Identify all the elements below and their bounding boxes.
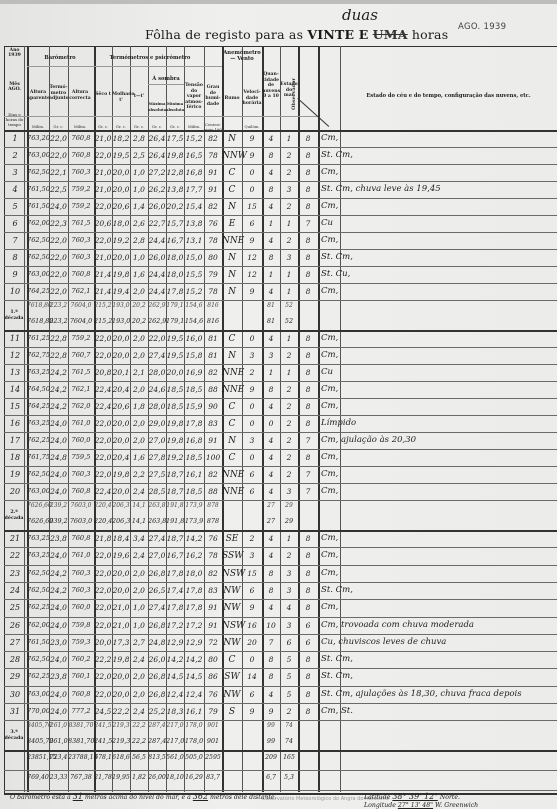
cell-corr: 760,8 [68,151,94,159]
cell-alt: 764,25 [27,402,49,410]
longitude-label: Longitude [364,802,396,809]
date-stamp: AGO. 1939 [458,22,506,32]
decade-hum: 901 [204,722,222,729]
total-mar: 5,3 [280,774,298,781]
cell-max: 24,4 [148,270,166,279]
cell-molh: 18,2 [112,134,130,143]
total-seco: 678,1 [94,754,112,761]
total-corr: 23788,10 [68,754,94,761]
cell-tens: 15,5 [184,270,204,279]
total-max: 26,00 [148,774,166,781]
cell-seco: 21,4 [94,270,112,279]
cell-hum: 80 [204,655,222,664]
cell-alt: 770,00 [27,707,49,715]
cell-tens: 14,2 [184,655,204,664]
decade-mar: 52 [280,302,298,309]
cell-molh: 20,0 [112,672,130,681]
decade-tadj: 261,0 [49,737,68,745]
title-prefix: Fôlha de registo para as [145,27,303,42]
cell-alt: 763,25 [27,368,49,376]
cell-molh: 19,4 [112,287,130,296]
decade-min: 179,1 [166,317,184,325]
cell-alt: 761,25 [27,334,49,342]
cell-tadj: 24,2 [49,368,68,377]
cell-tadj: 24,2 [49,385,68,394]
cell-dif: 2,0 [130,351,148,360]
page-edge [0,0,557,4]
cell-corr: 761,5 [68,219,94,227]
day-number: 14 [4,385,26,394]
decade-max: 287,4 [148,737,166,745]
cell-molh: 19,5 [112,151,130,160]
remark-text: St. Cm, [321,252,353,262]
cell-max: 29,0 [148,419,166,428]
total-tens: 16,29 [184,774,204,781]
cell-mar: 3 [280,621,298,630]
cell-min: 18,3 [166,707,184,716]
cell-obs: 8 [298,151,318,160]
cell-hum: 76 [204,690,222,699]
cell-corr: 760,3 [68,586,94,594]
cell-max: 26,8 [148,569,166,578]
cell-tens: 17,7 [184,185,204,194]
cell-molh: 20,1 [112,368,130,377]
cell-dif: 2,4 [130,707,148,716]
footer-text: O barómetro está a [10,794,71,801]
cell-seco: 22,0 [94,351,112,360]
cell-alt: 762,00 [27,621,49,629]
cell-max: 28,5 [148,487,166,496]
cell-hum: 78 [204,151,222,160]
margin-days: Dias e horas do tempo [5,112,24,127]
cell-rumo: C [222,419,242,429]
cell-seco: 21,0 [94,185,112,194]
cell-hum: 76 [204,219,222,228]
cell-vel: 12 [242,253,262,262]
cell-vel: 0 [242,453,262,462]
cell-obs: 8 [298,419,318,428]
cell-tadj: 24,0 [49,202,68,211]
cell-obs: 7 [298,219,318,228]
cell-alt: 762,25 [27,436,49,444]
col-humidade: Grau de humi-dade [204,85,222,107]
cell-tadj: 22,8 [49,351,68,360]
title-struck: UMA [373,27,408,42]
row-divider [4,634,557,635]
cell-seco: 21,8 [94,534,112,543]
row-divider [4,249,557,250]
cell-alt: 763,00 [27,151,49,159]
day-number: 10 [4,287,26,296]
day-number: 26 [4,621,26,630]
decade-nuv: 99 [262,737,280,745]
cell-rumo: N [222,436,242,446]
cell-obs: 8 [298,672,318,681]
cell-max: 27,4 [148,603,166,612]
title-suffix: horas [412,27,448,42]
decade-nuv: 81 [262,317,280,325]
cell-max: 24,4 [148,287,166,296]
margin-year: Ano 1939 [5,48,24,58]
cell-rumo: N [222,351,242,361]
cell-seco: 22,0 [94,551,112,560]
cell-tens: 17,8 [184,586,204,595]
cell-dif: 1,8 [130,402,148,411]
cell-tens: 16,1 [184,470,204,479]
cell-vel: 9 [242,287,262,296]
row-divider [4,364,557,365]
cell-mar: 2 [280,551,298,560]
remark-text: Cm, St. [321,706,353,716]
cell-tens: 12,9 [184,638,204,647]
cell-dif: 1,0 [130,253,148,262]
cell-molh: 19,8 [112,270,130,279]
cell-corr: 760,3 [68,470,94,478]
cell-mar: 3 [280,569,298,578]
decade-alt: 7618,80 [27,317,49,325]
cell-tadj: 22,5 [49,185,68,194]
row-divider [4,266,557,267]
decade-dif: 22,2 [130,737,148,745]
cell-min: 17,8 [166,287,184,296]
cell-molh: 20,0 [112,690,130,699]
unit-gc: Gr. c. [112,124,130,129]
day-number: 15 [4,402,26,411]
decade-max: 287,4 [148,722,166,729]
total-tadj: 723,4 [49,754,68,761]
cell-min: 19,8 [166,151,184,160]
cell-obs: 8 [298,253,318,262]
remark-text: Cm, ajulação às 20,30 [321,435,416,445]
cell-mar: 1 [280,368,298,377]
cell-nuv: 1 [262,270,280,279]
day-number: 21 [4,534,26,543]
col-maxima: Máxima absoluta [148,101,166,112]
cell-seco: 20,0 [94,638,112,647]
page-title: Fôlha de registo para as VINTE E UMA hor… [145,27,448,42]
cell-corr: 760,8 [68,534,94,542]
cell-nuv: 4 [262,487,280,496]
cell-vel: 9 [242,236,262,245]
decade-max: 263,8 [148,517,166,525]
cell-min: 16,7 [166,551,184,560]
cell-hum: 78 [204,287,222,296]
remark-text: Cm, [321,533,338,543]
cell-molh: 21,0 [112,603,130,612]
row-divider [4,347,557,348]
cell-molh: 19,2 [112,236,130,245]
decade-tadj: 239,2 [49,517,68,525]
cell-nuv: 4 [262,470,280,479]
cell-hum: 90 [204,402,222,411]
unit-gc: Gr. c. [94,124,112,129]
cell-corr: 760,3 [68,236,94,244]
total-max: 813,5 [148,754,166,761]
col-velocidade: Veloci-dade horária [242,90,262,107]
cell-vel: 2 [242,368,262,377]
cell-vel: 14 [242,672,262,681]
cell-max: 24,8 [148,638,166,647]
cell-hum: 79 [204,707,222,716]
cell-tadj: 22,3 [49,219,68,228]
cell-alt: 763,25 [27,534,49,542]
cell-nuv: 8 [262,185,280,194]
total-molh: 618,6 [112,754,130,761]
cell-molh: 20,6 [112,402,130,411]
day-number: 5 [4,202,26,211]
cell-mar: 2 [280,419,298,428]
cell-seco: 21,4 [94,287,112,296]
remark-text: Cm, trovoada com chuva moderada [321,620,474,630]
day-number: 17 [4,436,26,445]
cell-seco: 24,5 [94,707,112,716]
decade-nuv: 27 [262,502,280,509]
cell-alt: 761,75 [27,453,49,461]
cell-hum: 82 [204,569,222,578]
total-corr: 767,38 [68,774,94,781]
cell-obs: 8 [298,185,318,194]
barometro-group: Barómetro [27,55,93,61]
cell-alt: 762,50 [27,569,49,577]
cell-mar: 2 [280,453,298,462]
decade-seco: 220,4 [94,502,112,509]
row-divider [4,116,318,117]
cell-obs: 8 [298,270,318,279]
cell-molh: 17,3 [112,638,130,647]
cell-obs: 8 [298,586,318,595]
cell-nuv: 4 [262,202,280,211]
cell-hum: 72 [204,638,222,647]
cell-obs: 7 [298,436,318,445]
cell-tadj: 24,0 [49,603,68,612]
cell-seco: 22,0 [94,151,112,160]
cell-obs: 7 [298,470,318,479]
cell-rumo: NW [222,603,242,613]
latitude-dir: Norte. [440,794,460,801]
cell-tadj: 23,8 [49,534,68,543]
cell-seco: 21,0 [94,253,112,262]
unit-gc: Gr. c. [49,124,68,129]
day-number: 31 [4,707,26,716]
remark-text: St. Cm, [321,150,353,160]
cell-mar: 5 [280,672,298,681]
total-nuv: 209 [262,754,280,761]
remark-text: St. Cm, ajulações às 18,30, chuva fraca … [321,689,522,699]
decade-label: 3.ª década [4,729,24,741]
cell-max: 22,0 [148,334,166,343]
cell-corr: 760,0 [68,436,94,444]
cell-min: 17,2 [166,621,184,630]
cell-rumo: NW [222,586,242,596]
decade-max: 263,8 [148,502,166,509]
cell-hum: 82 [204,202,222,211]
cell-obs: 8 [298,134,318,143]
cell-mar: 1 [280,134,298,143]
decade-molh: 193,0 [112,317,130,325]
decade-dif: 22,2 [130,722,148,729]
day-number: 7 [4,236,26,245]
row-divider [4,565,557,566]
cell-mar: 1 [280,534,298,543]
cell-tadj: 24,0 [49,487,68,496]
cell-vel: 0 [242,402,262,411]
decade-mar: 29 [280,502,298,509]
cell-dif: 1,4 [130,202,148,211]
cell-tadj: 24,0 [49,655,68,664]
cell-hum: 91 [204,621,222,630]
cell-seco: 22,0 [94,202,112,211]
cell-corr: 760,8 [68,487,94,495]
day-number: 20 [4,487,26,496]
unit-gc: Gr. c. [148,124,166,129]
cell-mar: 1 [280,270,298,279]
decade-hum: 816 [204,302,222,309]
cell-tadj: 22,0 [49,151,68,160]
cell-obs: 8 [298,236,318,245]
title-bold: VINTE E [307,27,368,42]
cell-min: 18,7 [166,487,184,496]
col-remarks: Estado do céu e do tempo, configuração d… [340,93,557,99]
remark-text: Cm, [321,452,338,462]
cell-hum: 91 [204,436,222,445]
decade-corr: 7603,0 [68,502,94,509]
cell-dif: 1,6 [130,453,148,462]
cell-rumo: NNW [222,151,242,161]
cell-rumo: NSW [222,621,242,631]
cell-seco: 22,0 [94,603,112,612]
col-minima: Mínima absoluta [166,101,184,112]
cell-rumo: N [222,202,242,212]
cell-hum: 91 [204,168,222,177]
cell-tens: 16,5 [184,151,204,160]
termometros-group: Termómetros e psicrómetro [94,55,206,61]
footer-barometer-note: O barómetro está a 31 metros acima do ní… [10,792,277,801]
cell-seco: 22,0 [94,436,112,445]
cell-hum: 81 [204,351,222,360]
cell-tens: 18,5 [184,385,204,394]
cell-nuv: 4 [262,287,280,296]
row-divider [4,164,557,165]
cell-corr: 760,8 [68,690,94,698]
row-divider [4,330,557,332]
cell-nuv: 4 [262,453,280,462]
decade-seco: 220,4 [94,517,112,525]
remark-text: Cm, [321,133,338,143]
cell-mar: 2 [280,470,298,479]
cell-nuv: 8 [262,569,280,578]
cell-seco: 22,0 [94,621,112,630]
cell-hum: 78 [204,236,222,245]
cell-vel: 3 [242,436,262,445]
cell-max: 26,8 [148,672,166,681]
row-divider [4,381,557,382]
cell-mar: 3 [280,185,298,194]
decade-molh: 219,3 [112,722,130,729]
cell-tadj: 24,2 [49,569,68,578]
cell-seco: 22,2 [94,655,112,664]
cell-dif: 2,0 [130,334,148,343]
row-divider [27,66,222,67]
cell-mar: 1 [280,287,298,296]
cell-min: 18,7 [166,534,184,543]
cell-hum: 80 [204,253,222,262]
cell-min: 15,7 [166,219,184,228]
cell-min: 18,5 [166,385,184,394]
cell-dif: 1,0 [130,168,148,177]
cell-tadj: 22,0 [49,270,68,279]
cell-max: 27,0 [148,436,166,445]
cell-rumo: C [222,655,242,665]
decade-min: 191,8 [166,502,184,509]
cell-max: 22,7 [148,219,166,228]
cell-molh: 20,0 [112,419,130,428]
cell-corr: 759,5 [68,453,94,461]
cell-molh: 22,2 [112,707,130,716]
cell-min: 17,8 [166,603,184,612]
cell-corr: 762,1 [68,385,94,393]
cell-max: 26,4 [148,151,166,160]
cell-dif: 2,0 [130,672,148,681]
cell-dif: 2,2 [130,470,148,479]
cell-corr: 759,8 [68,621,94,629]
cell-alt: 762,00 [27,219,49,227]
day-number: 19 [4,470,26,479]
cell-obs: 8 [298,551,318,560]
cell-tens: 13,8 [184,219,204,228]
cell-vel: 6 [242,690,262,699]
cell-max: 26,0 [148,202,166,211]
remark-text: Cm, [321,469,338,479]
cell-nuv: 4 [262,534,280,543]
cell-mar: 5 [280,655,298,664]
row-divider [4,198,557,199]
cell-alt: 762,75 [27,351,49,359]
cell-seco: 21,0 [94,134,112,143]
total-seco: 21,78 [94,774,112,781]
decade-seco: 241,5 [94,722,112,729]
cell-corr: 761,0 [68,419,94,427]
total-mar: 165 [280,754,298,761]
cell-dif: 2,4 [130,655,148,664]
cell-obs: 8 [298,453,318,462]
cell-alt: 763,25 [27,551,49,559]
cell-nuv: 8 [262,385,280,394]
longitude-dir: W. Greenwich [435,802,478,809]
cell-dif: 2,8 [130,134,148,143]
cell-dif: 2,0 [130,419,148,428]
cell-tadj: 24,2 [49,586,68,595]
row-divider [4,483,557,484]
cell-min: 16,7 [166,236,184,245]
cell-tadj: 24,8 [49,453,68,462]
cell-tens: 13,1 [184,236,204,245]
decade-tens: 154,6 [184,302,204,309]
decade-hum: 901 [204,737,222,745]
cell-vel: 0 [242,419,262,428]
remark-text: Cu [321,218,333,228]
cell-tens: 15,8 [184,351,204,360]
cell-vel: 3 [242,551,262,560]
cell-tadj: 22,1 [49,168,68,177]
cell-obs: 8 [298,168,318,177]
decade-max: 262,9 [148,302,166,309]
day-number: 23 [4,569,26,578]
cell-tadj: 24,0 [49,470,68,479]
cell-corr: 760,2 [68,655,94,663]
row-divider [4,232,557,233]
cell-corr: 777,2 [68,707,94,715]
cell-vel: 9 [242,385,262,394]
